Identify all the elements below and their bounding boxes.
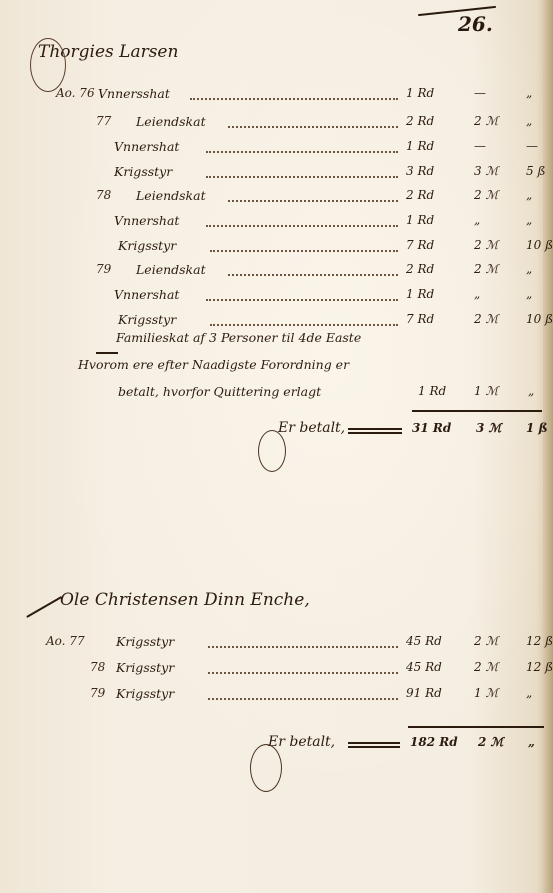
entry-item: Leiendskat bbox=[136, 262, 206, 277]
entry-skilling: „ bbox=[526, 213, 532, 227]
entry-rigsdaler: 1 Rd bbox=[406, 287, 434, 301]
ledger-entry-row: 79 Krigsstyr 91 Rd 1 ℳ „ bbox=[0, 686, 553, 708]
entry-skilling: „ bbox=[526, 114, 532, 128]
entry-mark: 2 ℳ bbox=[474, 660, 498, 674]
entry-mark: „ bbox=[474, 287, 480, 301]
entry-skilling: — bbox=[526, 139, 538, 153]
section-2-total-mk: 2 ℳ bbox=[478, 735, 503, 749]
leader-dots bbox=[228, 126, 398, 129]
total-flourish bbox=[258, 430, 286, 472]
entry-rigsdaler: 91 Rd bbox=[406, 686, 442, 700]
ledger-entry-row: Vnnershat 1 Rd „ „ bbox=[0, 213, 553, 235]
heading-2-flourish bbox=[26, 596, 61, 617]
entry-year: 78 bbox=[90, 660, 105, 674]
leader-dots bbox=[206, 225, 398, 228]
entry-mark: 2 ℳ bbox=[474, 238, 498, 252]
section-1-total-sk: 1 ß bbox=[526, 421, 548, 435]
entry-item: Krigsstyr bbox=[118, 238, 176, 253]
entry-rigsdaler: 45 Rd bbox=[406, 634, 442, 648]
entry-item: Leiendskat bbox=[136, 114, 206, 129]
leader-dots bbox=[210, 324, 398, 327]
entry-skilling: „ bbox=[526, 287, 532, 301]
entry-item: Vnnershat bbox=[114, 139, 179, 154]
leader-dots bbox=[208, 672, 398, 675]
entry-rigsdaler: 7 Rd bbox=[406, 312, 434, 326]
entry-skilling: „ bbox=[526, 686, 532, 700]
entry-rigsdaler: 1 Rd bbox=[406, 139, 434, 153]
entry-year: 79 bbox=[90, 686, 105, 700]
entry-skilling: 5 ß bbox=[526, 164, 545, 178]
section-2-total-rd: 182 Rd bbox=[410, 735, 458, 749]
entry-skilling: 12 ß bbox=[526, 634, 553, 648]
ledger-entry-row: 78 Krigsstyr 45 Rd 2 ℳ 12 ß bbox=[0, 660, 553, 682]
section-1-total-mk: 3 ℳ bbox=[476, 421, 501, 435]
total-rule bbox=[412, 410, 542, 412]
note-amount-mk: 1 ℳ bbox=[474, 384, 498, 398]
entry-year: 79 bbox=[96, 262, 111, 276]
note-amount-rd: 1 Rd bbox=[418, 384, 446, 398]
entry-skilling: „ bbox=[526, 86, 532, 100]
entry-item: Krigsstyr bbox=[114, 164, 172, 179]
entry-item: Leiendskat bbox=[136, 188, 206, 203]
entry-mark: — bbox=[474, 86, 486, 100]
entry-item: Krigsstyr bbox=[116, 660, 174, 675]
entry-year: Ao. 77 bbox=[46, 634, 85, 648]
entry-item: Krigsstyr bbox=[118, 312, 176, 327]
ledger-entry-row: 79 Leiendskat 2 Rd 2 ℳ „ bbox=[0, 262, 553, 284]
ledger-entry-row: Ao. 76 Vnnersshat 1 Rd — „ bbox=[0, 86, 553, 108]
entry-skilling: „ bbox=[526, 262, 532, 276]
leader-dots bbox=[206, 151, 398, 154]
leader-dots bbox=[228, 274, 398, 277]
entry-mark: — bbox=[474, 139, 486, 153]
section-1-total-label: Er betalt, bbox=[278, 420, 345, 436]
leader-dots bbox=[208, 698, 398, 701]
entry-year: 78 bbox=[96, 188, 111, 202]
total2-equals-1 bbox=[348, 742, 400, 744]
section-2-heading: Ole Christensen Dinn Enche, bbox=[60, 590, 310, 610]
entry-mark: 2 ℳ bbox=[474, 634, 498, 648]
entry-rigsdaler: 2 Rd bbox=[406, 114, 434, 128]
total-rule-2 bbox=[408, 726, 544, 728]
entry-item: Krigsstyr bbox=[116, 634, 174, 649]
entry-skilling: 10 ß bbox=[526, 312, 553, 326]
leader-dots bbox=[208, 646, 398, 649]
entry-skilling: „ bbox=[526, 188, 532, 202]
entry-mark: 2 ℳ bbox=[474, 188, 498, 202]
entry-rigsdaler: 1 Rd bbox=[406, 213, 434, 227]
entry-mark: 1 ℳ bbox=[474, 686, 498, 700]
entry-item: Vnnershat bbox=[114, 287, 179, 302]
entry-year: 77 bbox=[96, 114, 111, 128]
ledger-page: 26. Thorgies Larsen Ao. 76 Vnnersshat 1 … bbox=[0, 0, 553, 893]
ledger-entry-row: 78 Leiendskat 2 Rd 2 ℳ „ bbox=[0, 188, 553, 210]
ledger-entry-row: Vnnershat 1 Rd — — bbox=[0, 139, 553, 161]
total2-equals-2 bbox=[348, 746, 400, 748]
entry-mark: 2 ℳ bbox=[474, 114, 498, 128]
entry-skilling: 12 ß bbox=[526, 660, 553, 674]
section-1-total-rd: 31 Rd bbox=[412, 421, 451, 435]
ledger-entry-row: Vnnershat 1 Rd „ „ bbox=[0, 287, 553, 309]
entry-skilling: 10 ß bbox=[526, 238, 553, 252]
entry-mark: 2 ℳ bbox=[474, 262, 498, 276]
leader-dots bbox=[206, 299, 398, 302]
entry-item: Vnnershat bbox=[114, 213, 179, 228]
section-2-total-label: Er betalt, bbox=[268, 734, 335, 750]
entry-mark: 2 ℳ bbox=[474, 312, 498, 326]
entry-rigsdaler: 3 Rd bbox=[406, 164, 434, 178]
note-dash bbox=[96, 352, 118, 354]
heading-flourish bbox=[30, 38, 66, 92]
entry-rigsdaler: 2 Rd bbox=[406, 262, 434, 276]
note-amount-sk: „ bbox=[528, 384, 534, 398]
leader-dots bbox=[206, 176, 398, 179]
entry-rigsdaler: 45 Rd bbox=[406, 660, 442, 674]
total-equals-1 bbox=[348, 428, 402, 430]
folio-number: 26. bbox=[458, 12, 493, 36]
section-2-total-sk: „ bbox=[528, 735, 535, 749]
leader-dots bbox=[210, 250, 398, 253]
leader-dots bbox=[228, 200, 398, 203]
note-line-3: betalt, hvorfor Quittering erlagt bbox=[118, 384, 321, 399]
ledger-entry-row: Krigsstyr 3 Rd 3 ℳ 5 ß bbox=[0, 164, 553, 186]
entry-mark: 3 ℳ bbox=[474, 164, 498, 178]
entry-item: Vnnersshat bbox=[98, 86, 170, 101]
note-line-2: Hvorom ere efter Naadigste Forordning er bbox=[78, 357, 349, 372]
ledger-entry-row: Ao. 77 Krigsstyr 45 Rd 2 ℳ 12 ß bbox=[0, 634, 553, 656]
entry-rigsdaler: 1 Rd bbox=[406, 86, 434, 100]
note-line-1: Familieskat af 3 Personer til 4de Easte bbox=[116, 330, 361, 345]
entry-item: Krigsstyr bbox=[116, 686, 174, 701]
entry-year: Ao. 76 bbox=[56, 86, 95, 100]
entry-rigsdaler: 7 Rd bbox=[406, 238, 434, 252]
leader-dots bbox=[190, 98, 398, 101]
entry-mark: „ bbox=[474, 213, 480, 227]
total-equals-2 bbox=[348, 432, 402, 434]
total2-flourish bbox=[250, 744, 282, 792]
ledger-entry-row: Krigsstyr 7 Rd 2 ℳ 10 ß bbox=[0, 238, 553, 260]
ledger-entry-row: 77 Leiendskat 2 Rd 2 ℳ „ bbox=[0, 114, 553, 136]
entry-rigsdaler: 2 Rd bbox=[406, 188, 434, 202]
